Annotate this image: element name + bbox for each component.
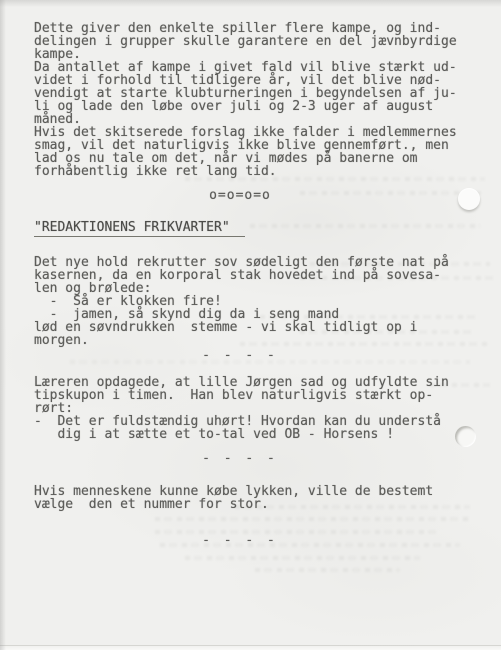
bleed-through-mark bbox=[430, 383, 490, 387]
scan-edge-line bbox=[0, 645, 501, 646]
teacher-joke-paragraph: Læreren opdagede, at lille Jørgen sad og… bbox=[34, 376, 462, 441]
bleed-through-mark bbox=[155, 530, 440, 534]
bleed-through-mark bbox=[255, 568, 400, 572]
typewritten-text-column: Dette giver den enkelte spiller flere ka… bbox=[34, 22, 462, 547]
text-line: dig i at sætte et to-tal ved OB - Horsen… bbox=[34, 428, 462, 441]
bleed-through-mark bbox=[155, 517, 470, 521]
text-line: li og lade den løbe over juli og 2-3 uge… bbox=[34, 100, 462, 113]
scanned-newsletter-page: Dette giver den enkelte spiller flere ka… bbox=[0, 0, 501, 650]
bleed-through-mark bbox=[185, 556, 420, 560]
bleed-through-mark bbox=[235, 505, 470, 509]
bleed-through-mark bbox=[310, 262, 490, 266]
text-line: tipskupon i timen. Han blev naturligvis … bbox=[34, 389, 462, 402]
bleed-through-mark bbox=[300, 330, 475, 334]
section-heading-text: "REDAKTIONENS FRIKVARTER" bbox=[34, 221, 245, 237]
bleed-through-mark bbox=[70, 360, 470, 364]
bleed-through-mark bbox=[300, 191, 485, 195]
punch-hole-top bbox=[458, 188, 480, 210]
bleed-through-mark bbox=[240, 342, 490, 346]
bleed-through-mark bbox=[250, 224, 480, 228]
bleed-through-mark bbox=[185, 177, 485, 181]
bleed-through-mark bbox=[300, 276, 495, 280]
text-line: delingen i grupper skulle garantere en d… bbox=[34, 35, 462, 48]
bleed-through-mark bbox=[260, 315, 475, 319]
intro-paragraph: Dette giver den enkelte spiller flere ka… bbox=[34, 22, 462, 178]
punch-hole-bottom bbox=[455, 426, 476, 447]
bleed-through-mark bbox=[160, 543, 460, 547]
dash-divider: - - - - bbox=[34, 452, 446, 465]
